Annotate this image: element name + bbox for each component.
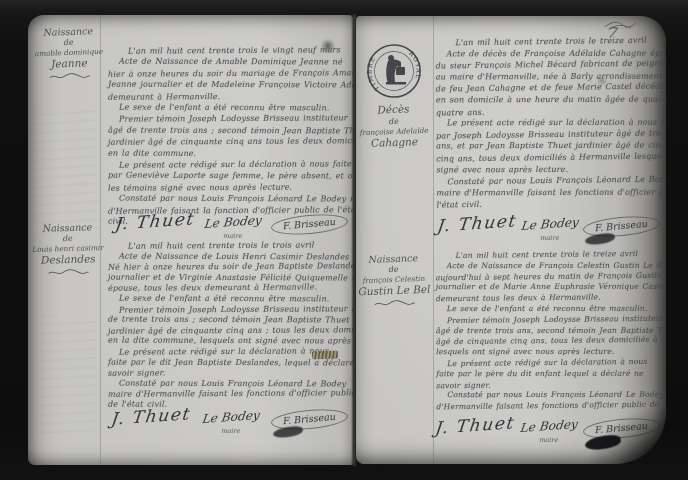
signature-row-right-entry-1: J. Thuet Le Bodey maire F. Brisseau [438,214,660,242]
signature-lebodey-group: Le Bodey maire [522,217,579,242]
signature-title-maire: maire [539,436,558,444]
signature-lebodey: Le Bodey [519,417,578,435]
flourish-squiggle [47,267,89,276]
flourish-squiggle [374,298,416,307]
manuscript-line: Acte de Naissance de Amable Dominique Je… [108,56,350,68]
margin-note-line: Gustin Le Bel [358,284,430,300]
signature-thuet: J. Thuet [436,211,518,236]
signature-brisseau-group: F. Brisseau [583,214,660,236]
signature-lebodey-group: Le Bodey maire [521,419,578,444]
manuscript-line: jardinier âgé de cinquante cinq ans tous… [108,136,350,149]
archivist-mark [312,351,338,360]
margin-note-line: Deslandes [30,253,106,268]
scanned-register-spread: Naissance de amable dominique Jeanne Nai… [0,0,688,480]
stamp-text-royal: ROYAL [407,50,421,80]
act-entry-birth-deslandes: L'an mil huit cent trente trois le trois… [108,241,350,411]
flourish-squiggle [49,71,91,80]
act-entry-birth-jeanne: L'an mil huit cent trente trois le vingt… [108,45,350,228]
manuscript-line: de trente trois ans ; second témoin Jean… [108,315,350,326]
left-register-page: Naissance de amable dominique Jeanne Nai… [28,15,354,465]
manuscript-line: Constaté par nous Louis François Léonard… [108,193,350,205]
signature-thuet: J. Thuet [434,413,516,438]
margin-rule-line [433,16,434,464]
act-entry-birth-lebel: L'an mil huit cent trente trois le treiz… [436,249,663,412]
right-register-page: 7 TIMBRE ROYAL [356,16,666,464]
signature-title-maire: maire [221,427,240,435]
manuscript-line: par Geneviève Laporte sage femme, le pèr… [108,170,350,182]
signature-row-left-entry-1: J. Thuet Le Bodey maire F. Brisseau [116,212,348,240]
stamp-figure-icon: TIMBRE ROYAL [365,42,423,100]
manuscript-line: l'état civil. [437,197,663,212]
signature-lebodey-group: Le Bodey maire [205,215,262,240]
manuscript-line: Premier témoin Joseph Lodoysse Brisseau … [108,113,350,126]
signature-title-maire: maire [540,234,559,242]
margin-note-deces-cahagne: Décès de françoise Adelaïde Cahagne [357,103,431,151]
signature-brisseau: F. Brisseau [270,212,348,238]
manuscript-line: Premier témoin Joseph Lodoysse Brisseau … [436,313,662,326]
manuscript-line: Né hier à onze heures du soir de Jean Ba… [108,261,350,273]
margin-note-naissance-deslandes: Naissance de Louis henri casimir Desland… [29,222,106,277]
signature-thuet: J. Thuet [110,404,192,429]
margin-note-naissance-jeanne: Naissance de amable dominique Jeanne [31,26,107,82]
signature-thuet: J. Thuet [114,209,196,234]
manuscript-line: Jeanne journalier et de Madeleine Franço… [108,79,350,91]
margin-note-line: Cahagne [358,136,430,152]
signature-lebodey: Le Bodey [203,213,262,231]
svg-text:ROYAL: ROYAL [407,50,421,80]
timbre-royal-stamp: TIMBRE ROYAL [365,42,423,104]
margin-note-naissance-lebel: Naissance de françois Celestin Gustin Le… [357,253,431,308]
signature-brisseau-group: F. Brisseau [271,407,348,429]
margin-note-line: Jeanne [32,57,106,73]
signature-lebodey-group: Le Bodey maire [203,410,260,435]
show-through-ghost-text [30,104,100,236]
act-entry-death-cahagne: L'an mil huit cent trente trois le treiz… [435,35,662,210]
signature-row-left-entry-2: J. Thuet Le Bodey maire F. Brisseau [112,407,348,435]
manuscript-line: faite par le père du dit enfant lequel a… [436,369,662,380]
show-through-ghost-text [37,314,99,435]
signature-lebodey: Le Bodey [201,408,260,426]
signature-title-maire: maire [223,232,242,240]
manuscript-line: savoir signer. [108,367,350,379]
page-curl-shadow [582,402,666,464]
signature-brisseau-group: F. Brisseau [271,212,348,234]
manuscript-line: L'an mil huit cent trente trois le trois… [108,240,350,252]
signature-lebodey: Le Bodey [520,215,579,233]
manuscript-line: Le sexe de l'enfant a été reconnu être m… [108,294,350,305]
